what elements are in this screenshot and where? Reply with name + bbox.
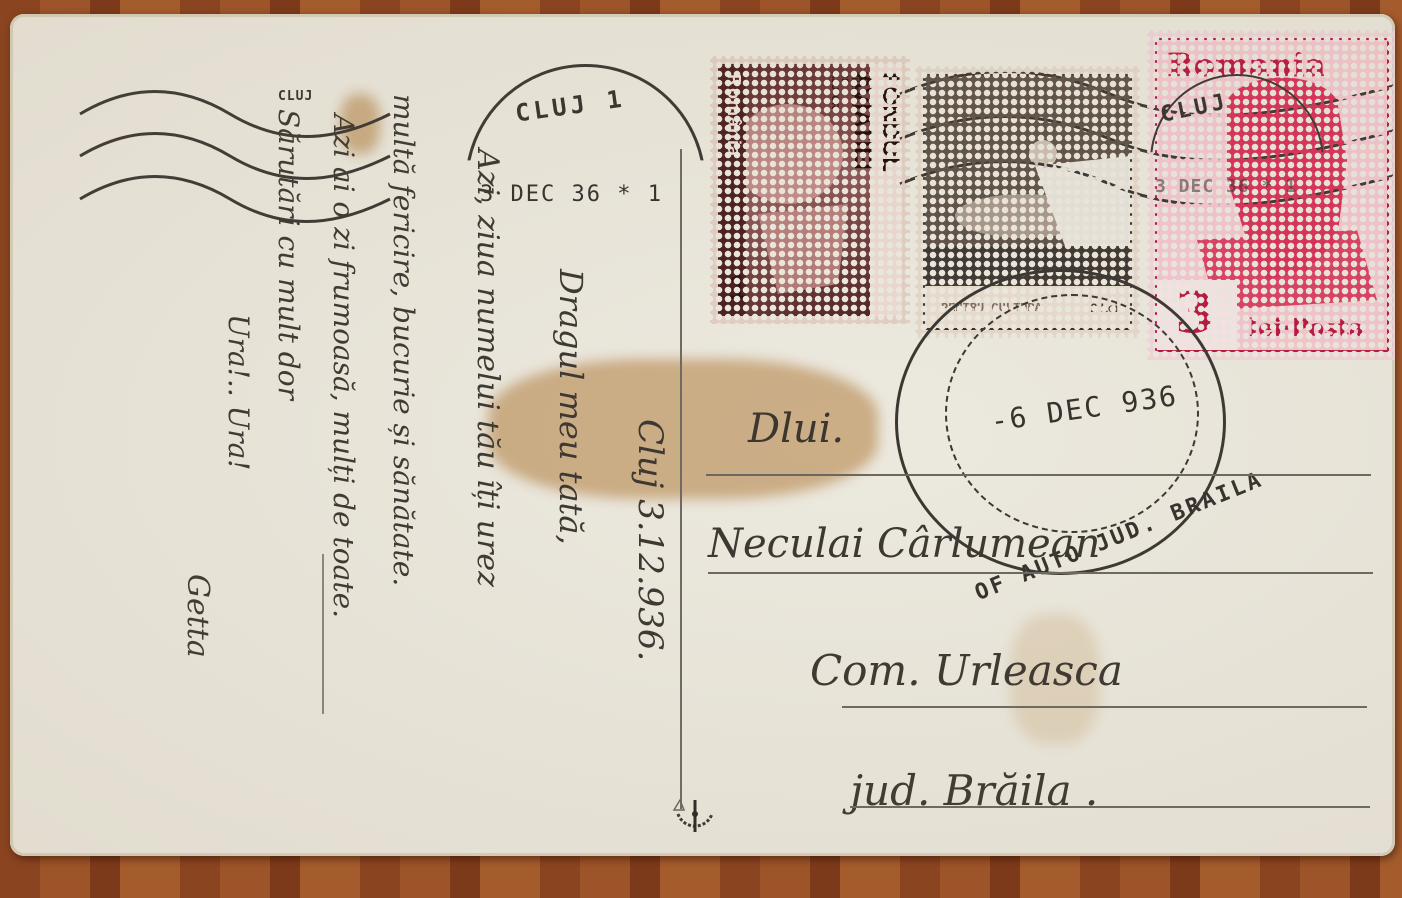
stamp-denomination: 1 bbox=[728, 269, 747, 308]
postmark-stamp-cluj-name: CLUJ bbox=[1158, 89, 1231, 128]
machine-cancel-waves bbox=[70, 44, 400, 234]
king-portrait-icon bbox=[1157, 40, 1389, 352]
postmark-cluj-1-name: CLUJ 1 bbox=[514, 84, 628, 127]
water-stain bbox=[1010, 614, 1100, 744]
machine-cancel-waves bbox=[890, 64, 1395, 264]
message-line: Sărutări cu mult dor bbox=[272, 109, 305, 400]
stamp-romania-3-lei: Romania 3 lei·Posta bbox=[1147, 30, 1395, 360]
fotofilm-logo-icon bbox=[670, 796, 720, 846]
stamp-unit: lei·Posta bbox=[1249, 313, 1364, 342]
stamp-denomination: 3 bbox=[1175, 280, 1214, 346]
water-stain bbox=[488, 359, 878, 499]
address-line bbox=[706, 474, 1371, 476]
address-salutation: Dlui. bbox=[748, 406, 844, 452]
card-divider-line bbox=[680, 149, 682, 809]
message-line: Ura!.. Ura! bbox=[222, 314, 255, 471]
postmark-braila-date: -6 DEC 936 bbox=[989, 379, 1180, 438]
message-line: Azi, ziua numelui tău îți urez bbox=[470, 149, 505, 587]
address-name: Neculai Cârlumean bbox=[708, 521, 1100, 567]
stamp-subtitle: PENTRU CULTURA bbox=[941, 301, 1042, 315]
postmark-braila-ring: OF AUTO JUD. BRAILA bbox=[972, 467, 1268, 606]
stamp-country: Romania bbox=[1167, 46, 1326, 84]
address-line bbox=[850, 806, 1370, 808]
address-line bbox=[842, 706, 1367, 708]
address-county: jud. Brăila . bbox=[850, 766, 1098, 815]
address-line bbox=[708, 572, 1373, 574]
address-commune: Com. Urleasca bbox=[810, 646, 1123, 695]
stamp-scene-icon bbox=[925, 76, 1130, 291]
stamp-country: România bbox=[723, 74, 744, 157]
aviator-portrait-icon bbox=[718, 64, 902, 316]
message-line: Azi ai o zi frumoasă, mulți de toate. bbox=[327, 114, 360, 618]
stamp-pentru-cultura: PENTRU CULTURA 2 Lei bbox=[915, 66, 1140, 338]
message-underline bbox=[322, 554, 324, 714]
message-place-date: Cluj 3.12.936. bbox=[630, 419, 670, 661]
message-signature: Getta bbox=[180, 574, 215, 658]
water-stain bbox=[340, 94, 380, 154]
stamp-title: FONDUL AVIATIEI bbox=[848, 72, 904, 172]
postmark-cluj-1-date: 3 DEC 36 * 1 bbox=[480, 182, 663, 207]
postmark-stamp-cluj bbox=[1150, 74, 1324, 248]
stamp-fondul-aviatiei: România 1 LEI . TIMBRU DE AJUTOR FONDUL … bbox=[710, 56, 910, 324]
postmark-cluj-1 bbox=[465, 64, 706, 305]
message-line: multă fericire, bucurie și sănătate. bbox=[387, 94, 420, 586]
stamp-subtitle: LEI . TIMBRU DE AJUTOR bbox=[830, 72, 870, 109]
message-line: Dragul meu tată, bbox=[552, 269, 590, 545]
stamp-denomination: 2 Lei bbox=[1091, 301, 1118, 315]
postmark-cluj-small: CLUJ bbox=[278, 89, 313, 104]
postmark-braila-outer bbox=[895, 269, 1226, 575]
postmark-braila-inner bbox=[945, 294, 1199, 533]
postmark-stamp-cluj-date: 3 DEC 36 * 1 bbox=[1155, 176, 1297, 197]
postcard-back: CLUJ CLUJ 1 3 DEC 36 * 1 România 1 LEI .… bbox=[10, 14, 1395, 856]
